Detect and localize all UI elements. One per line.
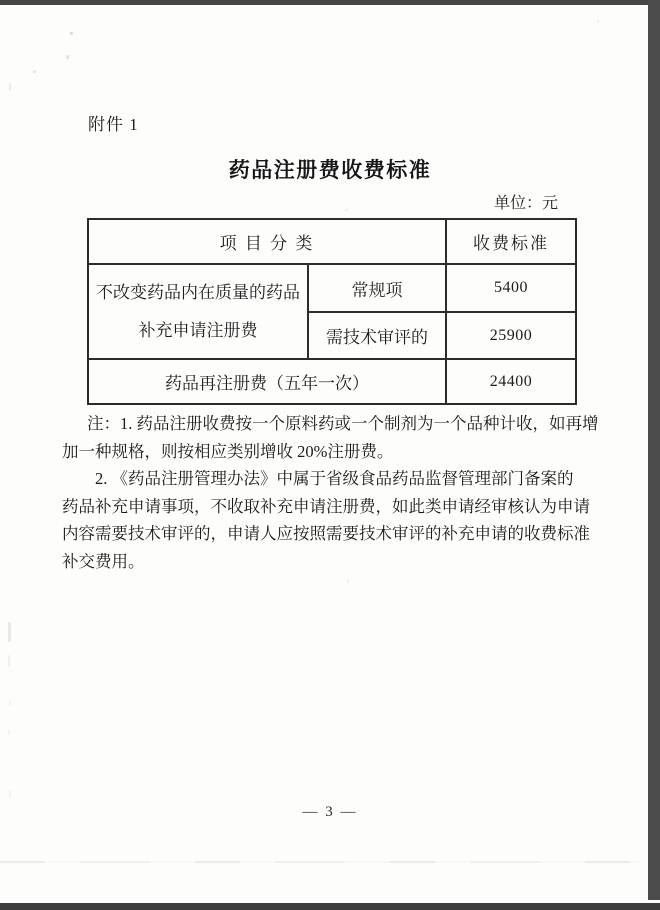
column-header-category: 项 目 分 类 <box>88 219 446 264</box>
scan-edge-right <box>648 0 660 900</box>
scan-edge-bottom <box>0 903 660 910</box>
column-header-fee: 收费标准 <box>446 219 576 264</box>
scan-speck <box>8 730 10 735</box>
subcategory-technical-review-label: 需技术审评的 <box>308 312 446 359</box>
note-line-1: 注：1. 药品注册收费按一个原料药或一个制剂为一个品种计收，如再增 <box>62 410 607 438</box>
scan-speck <box>9 700 11 706</box>
scan-speck <box>347 580 349 582</box>
table-header-row: 项 目 分 类 收费标准 <box>88 219 576 264</box>
page-number: — 3 — <box>0 804 660 821</box>
note-line-3: 2. 《药品注册管理办法》中属于省级食品药品监督管理部门备案的 <box>62 465 607 493</box>
subcategory-regular-label: 常规项 <box>308 264 446 312</box>
reregistration-fee-value: 24400 <box>446 359 576 404</box>
note-line-5: 内容需要技术审评的，申请人应按照需要技术审评的补充申请的收费标准 <box>62 520 607 548</box>
scan-speck <box>597 20 599 22</box>
table-row-regular: 不改变药品内在质量的药品 补充申请注册费 常规项 5400 <box>88 264 576 312</box>
fee-table: 项 目 分 类 收费标准 不改变药品内在质量的药品 补充申请注册费 常规项 54… <box>87 218 577 405</box>
table-row-reregistration: 药品再注册费（五年一次） 24400 <box>88 359 576 404</box>
scan-speck <box>8 622 11 642</box>
fee-technical-review-value: 25900 <box>446 312 576 359</box>
scan-artifact-line <box>0 861 642 863</box>
scanned-document-page: 附件 1 药品注册费收费标准 单位：元 项 目 分 类 收费标准 不改变药品内在… <box>0 0 660 910</box>
scan-speck <box>8 655 10 667</box>
note-line-4: 药品补充申请事项，不收取补充申请注册费，如此类申请经审核认为申请 <box>62 493 607 521</box>
scan-speck <box>9 83 11 91</box>
scan-edge-top <box>0 0 660 5</box>
unit-label: 单位：元 <box>0 190 558 213</box>
document-title: 药品注册费收费标准 <box>0 154 660 184</box>
scan-speck <box>9 790 11 798</box>
reregistration-label: 药品再注册费（五年一次） <box>88 359 446 404</box>
scan-speck <box>66 55 69 59</box>
scan-speck <box>345 209 348 211</box>
note-line-2: 加一种规格，则按相应类别增收 20%注册费。 <box>62 438 607 466</box>
scan-speck <box>33 70 36 73</box>
category-merged-cell: 不改变药品内在质量的药品 补充申请注册费 <box>88 264 308 359</box>
category-line2: 补充申请注册费 <box>89 312 307 350</box>
note-line-6: 补交费用。 <box>62 548 607 576</box>
notes-block: 注：1. 药品注册收费按一个原料药或一个制剂为一个品种计收，如再增 加一种规格，… <box>62 410 607 575</box>
category-line1: 不改变药品内在质量的药品 <box>89 274 307 312</box>
attachment-label: 附件 1 <box>88 110 139 135</box>
fee-regular-value: 5400 <box>446 264 576 312</box>
scan-speck <box>70 32 73 35</box>
